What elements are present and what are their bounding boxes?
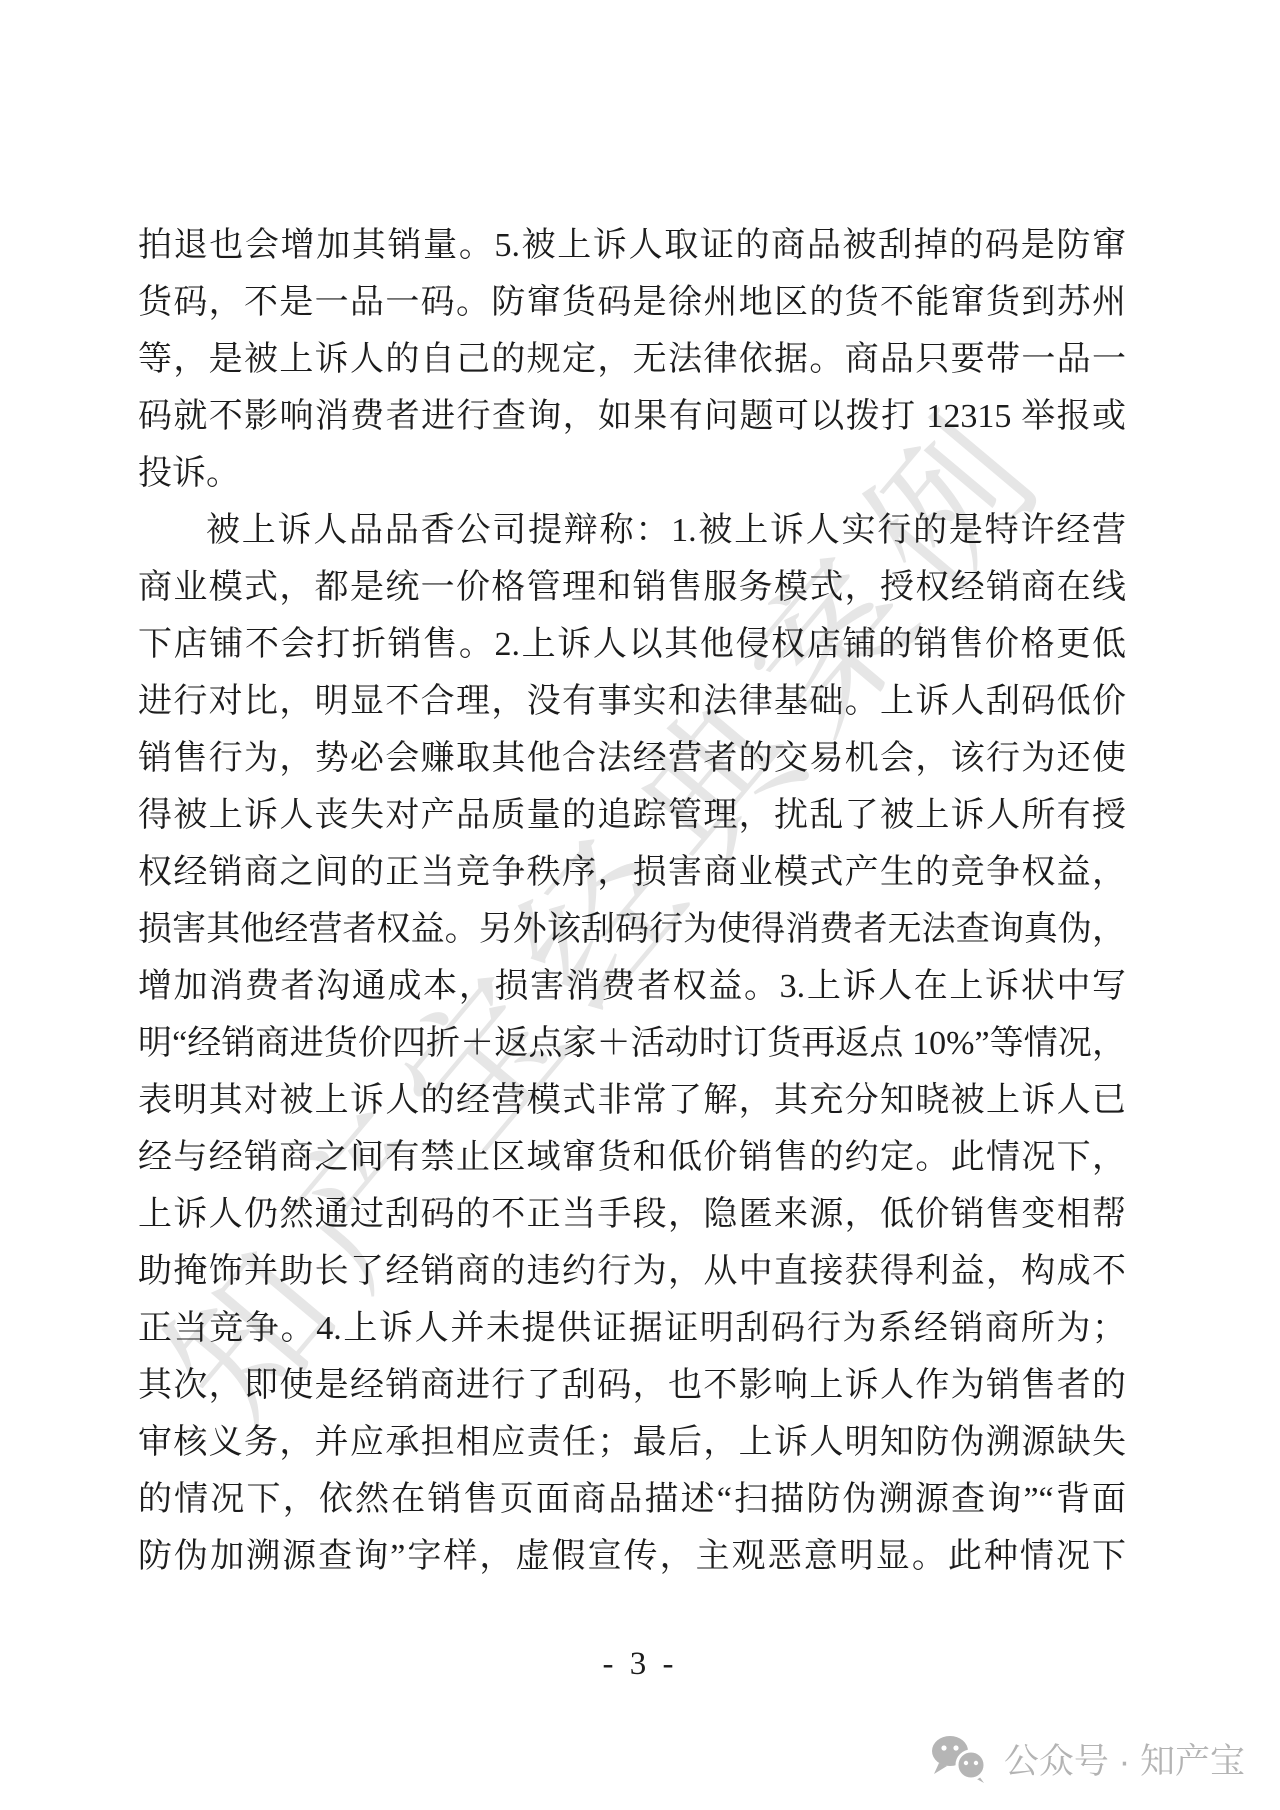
document-line: 得被上诉人丧失对产品质量的追踪管理，扰乱了被上诉人所有授	[138, 787, 1126, 844]
document-line: 审核义务，并应承担相应责任；最后，上诉人明知防伪溯源缺失	[138, 1414, 1126, 1471]
document-line: 的情况下，依然在销售页面商品描述“扫描防伪溯源查询”“背面	[138, 1471, 1126, 1528]
document-line: 被上诉人品品香公司提辩称：1.被上诉人实行的是特许经营	[138, 502, 1126, 559]
document-line: 权经销商之间的正当竞争秩序，损害商业模式产生的竞争权益，	[138, 844, 1126, 901]
document-line: 上诉人仍然通过刮码的不正当手段，隐匿来源，低价销售变相帮	[138, 1186, 1126, 1243]
document-line: 商业模式，都是统一价格管理和销售服务模式，授权经销商在线	[138, 559, 1126, 616]
document-line: 正当竞争。4.上诉人并未提供证据证明刮码行为系经销商所为；	[138, 1300, 1126, 1357]
page-number: - 3 -	[0, 1646, 1280, 1683]
document-line: 明“经销商进货价四折＋返点家＋活动时订货再返点 10%”等情况，	[138, 1015, 1126, 1072]
text-block: 拍退也会增加其销量。5.被上诉人取证的商品被刮掉的码是防窜货码，不是一品一码。防…	[138, 217, 1126, 1585]
document-line: 助掩饰并助长了经销商的违约行为，从中直接获得利益，构成不	[138, 1243, 1126, 1300]
document-line: 损害其他经营者权益。另外该刮码行为使得消费者无法查询真伪，	[138, 901, 1126, 958]
document-line: 销售行为，势必会赚取其他合法经营者的交易机会，该行为还使	[138, 730, 1126, 787]
document-line: 表明其对被上诉人的经营模式非常了解，其充分知晓被上诉人已	[138, 1072, 1126, 1129]
document-line: 码就不影响消费者进行查询，如果有问题可以拨打 12315 举报或	[138, 388, 1126, 445]
document-line: 投诉。	[138, 445, 1126, 502]
document-line: 货码，不是一品一码。防窜货码是徐州地区的货不能窜货到苏州	[138, 274, 1126, 331]
document-line: 经与经销商之间有禁止区域窜货和低价销售的约定。此情况下，	[138, 1129, 1126, 1186]
footer: 公众号 · 知产宝	[930, 1734, 1245, 1784]
footer-label: 公众号 · 知产宝	[1004, 1734, 1245, 1784]
document-line: 拍退也会增加其销量。5.被上诉人取证的商品被刮掉的码是防窜	[138, 217, 1126, 274]
document-line: 增加消费者沟通成本，损害消费者权益。3.上诉人在上诉状中写	[138, 958, 1126, 1015]
document-line: 进行对比，明显不合理，没有事实和法律基础。上诉人刮码低价	[138, 673, 1126, 730]
document-line: 等，是被上诉人的自己的规定，无法律依据。商品只要带一品一	[138, 331, 1126, 388]
document-line: 其次，即使是经销商进行了刮码，也不影响上诉人作为销售者的	[138, 1357, 1126, 1414]
document-page: 知产宝经典案例 拍退也会增加其销量。5.被上诉人取证的商品被刮掉的码是防窜货码，…	[0, 0, 1280, 1810]
document-line: 下店铺不会打折销售。2.上诉人以其他侵权店铺的销售价格更低	[138, 616, 1126, 673]
document-line: 防伪加溯源查询”字样，虚假宣传，主观恶意明显。此种情况下	[138, 1528, 1126, 1585]
wechat-icon	[930, 1734, 990, 1784]
